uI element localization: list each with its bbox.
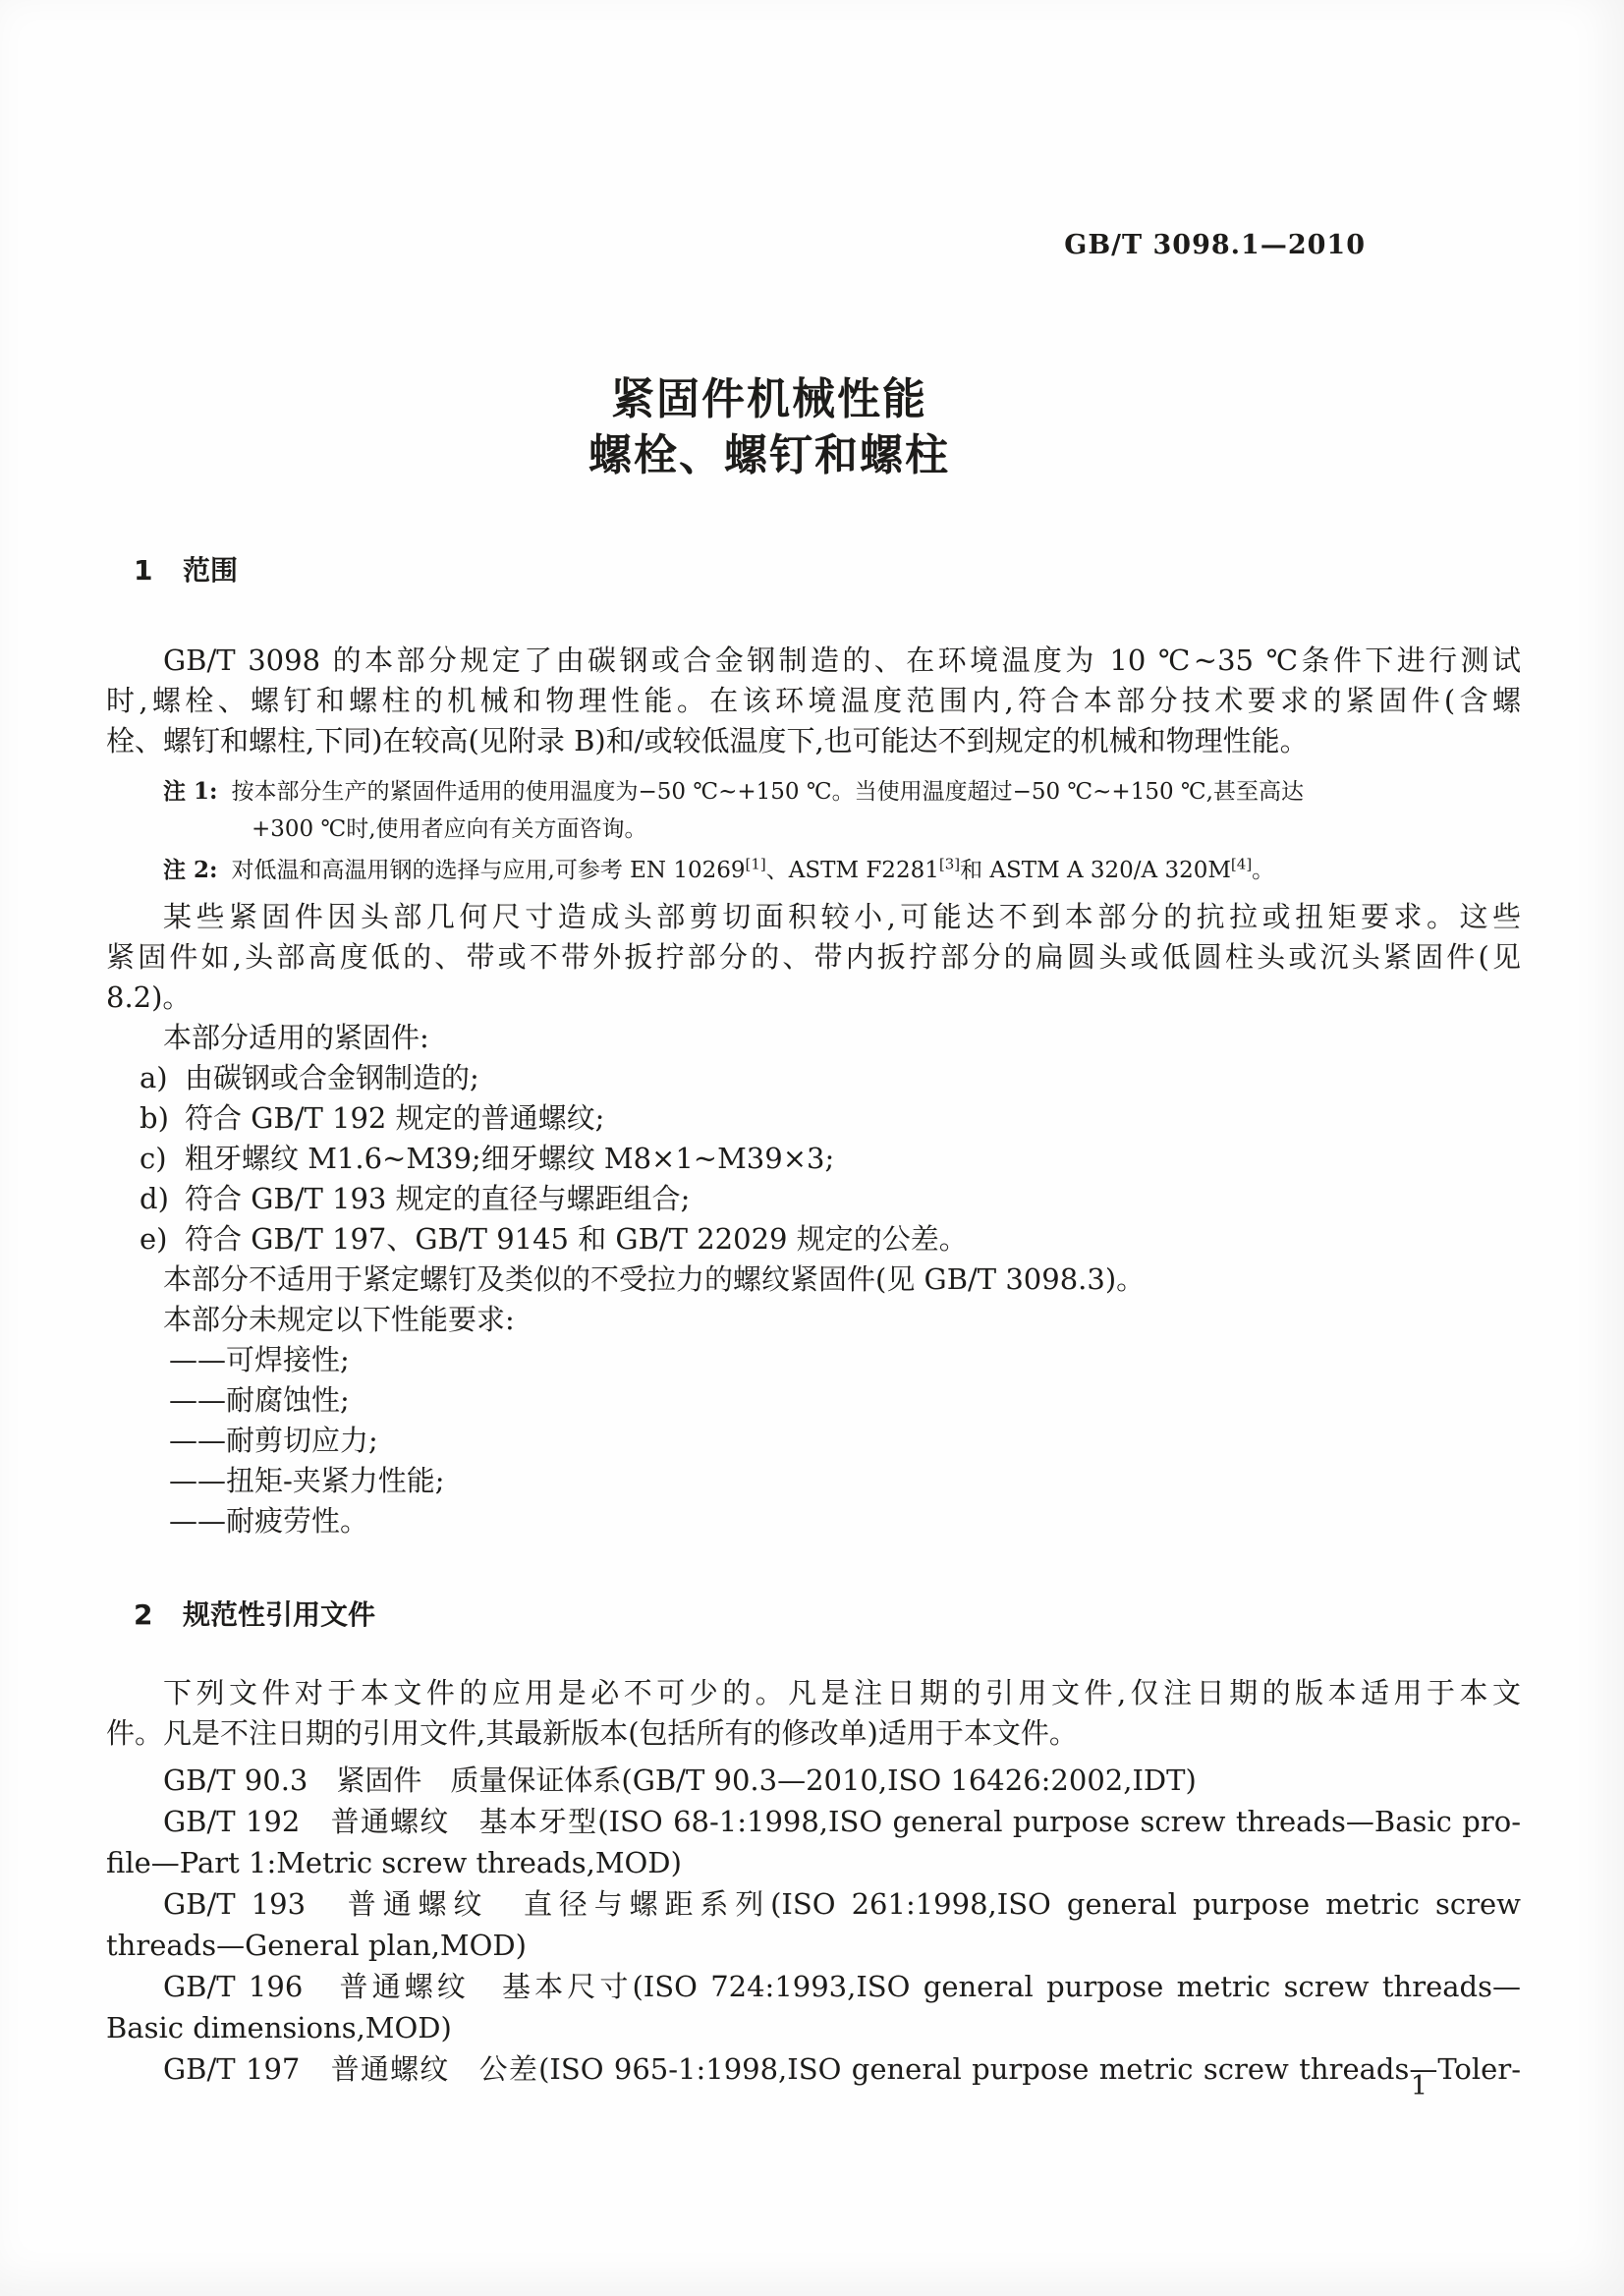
list-item-marker: d)	[140, 1179, 185, 1219]
paragraph-line: 紧固件如,头部高度低的、带或不带外扳拧部分的、带内扳拧部分的扁圆头或低圆柱头或沉…	[106, 937, 1521, 978]
list-item: e)符合 GB/T 197、GB/T 9145 和 GB/T 22029 规定的…	[106, 1219, 1521, 1260]
note-2: 注 2:对低温和高温用钢的选择与应用,可参考 EN 10269[1]、ASTM …	[163, 852, 1521, 889]
applicable-fasteners-list: a)由碳钢或合金钢制造的; b)符合 GB/T 192 规定的普通螺纹; c)粗…	[106, 1058, 1521, 1260]
normative-references-paragraph: 下列文件对于本文件的应用是必不可少的。凡是注日期的引用文件,仅注日期的版本适用于…	[106, 1673, 1521, 1754]
reference-gbt-193: GB/T 193 普通螺纹 直径与螺距系列(ISO 261:1998,ISO g…	[106, 1883, 1521, 1925]
section-2-heading: 2规范性引用文件	[106, 1596, 1521, 1634]
note-1-text: 按本部分生产的紧固件适用的使用温度为−50 ℃~+150 ℃。当使用温度超过−5…	[232, 779, 1304, 805]
list-item-text: 由碳钢或合金钢制造的;	[185, 1061, 479, 1094]
section-1-number: 1	[134, 552, 155, 589]
reference-gbt-90-3: GB/T 90.3 紧固件 质量保证体系(GB/T 90.3—2010,ISO …	[106, 1760, 1521, 1801]
reference-gbt-192: GB/T 192 普通螺纹 基本牙型(ISO 68-1:1998,ISO gen…	[106, 1801, 1521, 1842]
list-item-text: 符合 GB/T 193 规定的直径与螺距组合;	[185, 1182, 690, 1215]
paragraph-line: 8.2)。	[106, 978, 1521, 1018]
page-number: 1	[1411, 2071, 1428, 2102]
list-item: d)符合 GB/T 193 规定的直径与螺距组合;	[106, 1179, 1521, 1219]
paragraph-line: 下列文件对于本文件的应用是必不可少的。凡是注日期的引用文件,仅注日期的版本适用于…	[106, 1673, 1521, 1713]
reference-gbt-196-continuation: Basic dimensions,MOD)	[106, 2007, 1521, 2048]
note-2-text-1: 对低温和高温用钢的选择与应用,可参考 EN 10269	[232, 858, 746, 883]
bibliography-ref-1: [1]	[746, 855, 766, 872]
excluded-requirements-list: ——可焊接性; ——耐腐蚀性; ——耐剪切应力; ——扭矩-夹紧力性能; ——耐…	[106, 1340, 1521, 1541]
note-2-label: 注 2:	[163, 857, 218, 883]
paragraph-line: 件。凡是不注日期的引用文件,其最新版本(包括所有的修改单)适用于本文件。	[106, 1713, 1521, 1754]
dash-list-item: ——耐剪切应力;	[106, 1421, 1521, 1461]
section-2-number: 2	[134, 1596, 155, 1634]
scope-paragraph-2: 某些紧固件因头部几何尺寸造成头部剪切面积较小,可能达不到本部分的抗拉或扭矩要求。…	[106, 897, 1521, 1018]
reference-gbt-196: GB/T 196 普通螺纹 基本尺寸(ISO 724:1993,ISO gene…	[106, 1966, 1521, 2007]
dash-list-item: ——耐腐蚀性;	[106, 1380, 1521, 1421]
note-2-text-4: 。	[1252, 858, 1274, 883]
dash-list-item: ——可焊接性;	[106, 1340, 1521, 1380]
not-applicable-paragraph: 本部分不适用于紧定螺钉及类似的不受拉力的螺纹紧固件(见 GB/T 3098.3)…	[106, 1260, 1521, 1300]
note-line: 注 1:按本部分生产的紧固件适用的使用温度为−50 ℃~+150 ℃。当使用温度…	[163, 773, 1521, 811]
dash-list-item: ——扭矩-夹紧力性能;	[106, 1461, 1521, 1501]
note-1-label: 注 1:	[163, 778, 218, 805]
list-item-marker: e)	[140, 1219, 185, 1260]
paragraph-line: GB/T 3098 的本部分规定了由碳钢或合金钢制造的、在环境温度为 10 ℃~…	[106, 641, 1521, 681]
list-item-text: 符合 GB/T 197、GB/T 9145 和 GB/T 22029 规定的公差…	[185, 1222, 968, 1256]
list-item-marker: b)	[140, 1098, 185, 1139]
list-item-text: 粗牙螺纹 M1.6~M39;细牙螺纹 M8×1~M39×3;	[185, 1142, 834, 1175]
note-line: +300 ℃时,使用者应向有关方面咨询。	[163, 811, 1521, 848]
scanned-document-page: GB/T 3098.1—2010 紧固件机械性能 螺栓、螺钉和螺柱 1范围 GB…	[0, 0, 1624, 2296]
title-line-1: 紧固件机械性能	[106, 371, 1432, 427]
bibliography-ref-4: [4]	[1231, 855, 1252, 872]
list-item: b)符合 GB/T 192 规定的普通螺纹;	[106, 1098, 1521, 1139]
list-item-marker: a)	[140, 1058, 185, 1098]
note-2-text-2: 、ASTM F2281	[766, 858, 939, 883]
reference-gbt-193-continuation: threads—General plan,MOD)	[106, 1925, 1521, 1966]
standard-code: GB/T 3098.1—2010	[106, 0, 1521, 261]
bibliography-ref-3: [3]	[939, 855, 960, 872]
paragraph-line: 栓、螺钉和螺柱,下同)在较高(见附录 B)和/或较低温度下,也可能达不到规定的机…	[106, 721, 1521, 761]
scope-paragraph-1: GB/T 3098 的本部分规定了由碳钢或合金钢制造的、在环境温度为 10 ℃~…	[106, 641, 1521, 761]
note-2-text-3: 和 ASTM A 320/A 320M	[960, 858, 1231, 883]
paragraph-line: 某些紧固件因头部几何尺寸造成头部剪切面积较小,可能达不到本部分的抗拉或扭矩要求。…	[106, 897, 1521, 937]
section-1-heading: 1范围	[106, 552, 1521, 589]
applicable-fasteners-intro: 本部分适用的紧固件:	[106, 1018, 1521, 1058]
document-title: 紧固件机械性能 螺栓、螺钉和螺柱	[106, 371, 1432, 483]
section-2-title: 规范性引用文件	[183, 1598, 375, 1631]
list-item-text: 符合 GB/T 192 规定的普通螺纹;	[185, 1101, 604, 1135]
reference-gbt-192-continuation: file—Part 1:Metric screw threads,MOD)	[106, 1842, 1521, 1883]
list-item-marker: c)	[140, 1139, 185, 1179]
excluded-requirements-intro: 本部分未规定以下性能要求:	[106, 1300, 1521, 1340]
list-item: c)粗牙螺纹 M1.6~M39;细牙螺纹 M8×1~M39×3;	[106, 1139, 1521, 1179]
reference-list: GB/T 90.3 紧固件 质量保证体系(GB/T 90.3—2010,ISO …	[106, 1760, 1521, 2090]
section-1-title: 范围	[183, 554, 238, 587]
title-line-2: 螺栓、螺钉和螺柱	[106, 427, 1432, 483]
reference-gbt-197: GB/T 197 普通螺纹 公差(ISO 965-1:1998,ISO gene…	[106, 2048, 1521, 2090]
list-item: a)由碳钢或合金钢制造的;	[106, 1058, 1521, 1098]
dash-list-item: ——耐疲劳性。	[106, 1501, 1521, 1541]
note-line: 注 2:对低温和高温用钢的选择与应用,可参考 EN 10269[1]、ASTM …	[163, 852, 1521, 889]
paragraph-line: 时,螺栓、螺钉和螺柱的机械和物理性能。在该环境温度范围内,符合本部分技术要求的紧…	[106, 681, 1521, 721]
note-1: 注 1:按本部分生产的紧固件适用的使用温度为−50 ℃~+150 ℃。当使用温度…	[163, 773, 1521, 848]
